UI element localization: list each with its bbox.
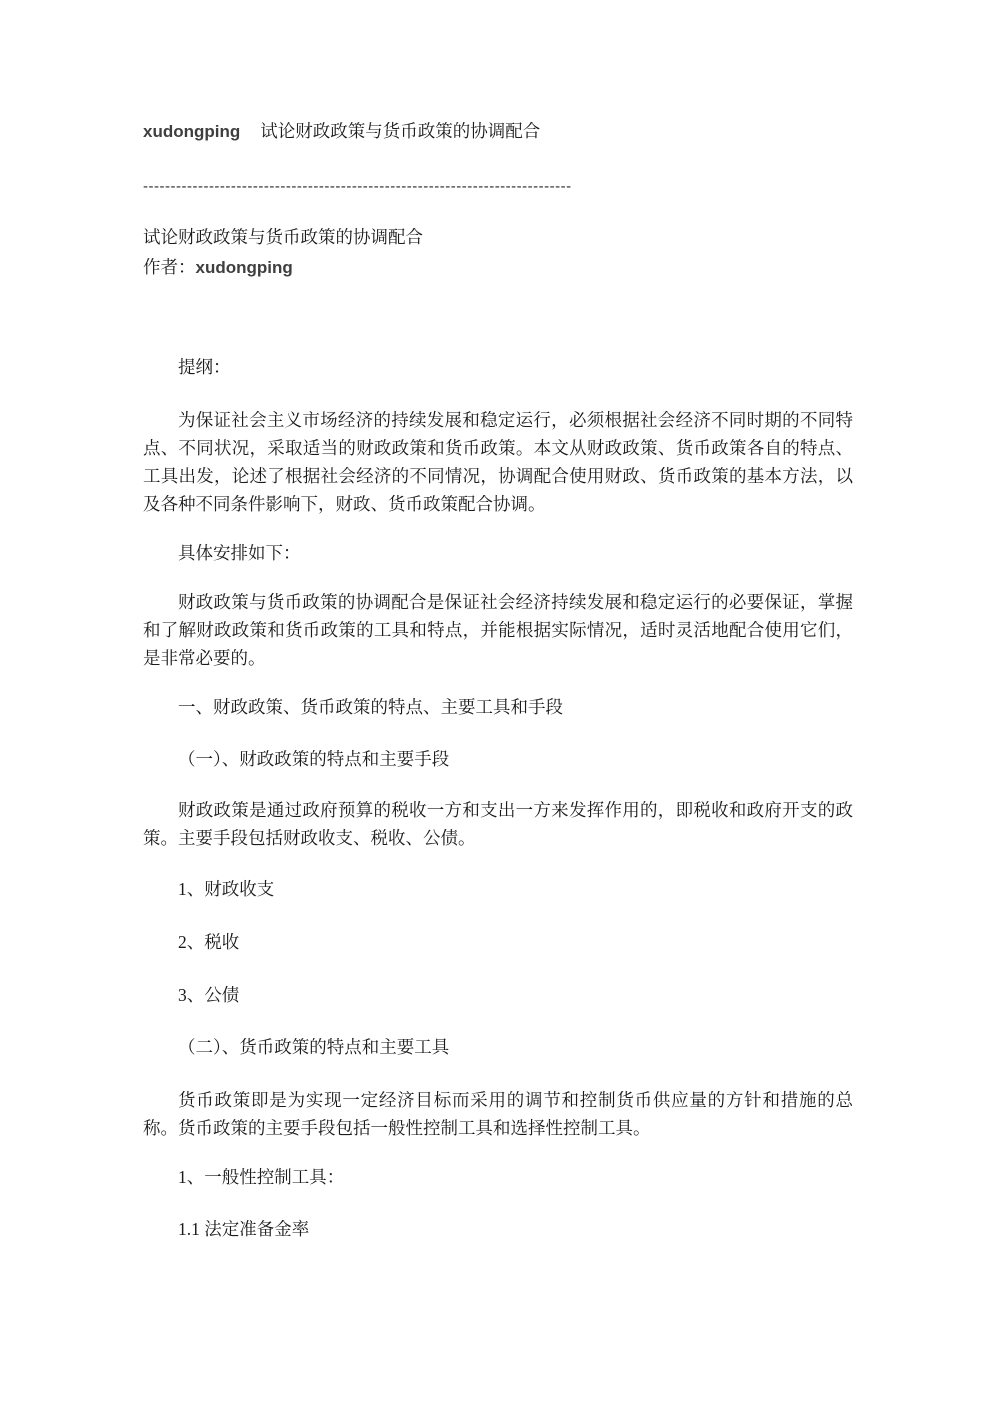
subsection-heading-1-2: （二）、货币政策的特点和主要工具 bbox=[143, 1036, 853, 1058]
arrangement-intro: 具体安排如下： bbox=[143, 542, 853, 564]
header-document-title: 试论财政政策与货币政策的协调配合 bbox=[260, 121, 540, 141]
intro-paragraph: 财政政策与货币政策的协调配合是保证社会经济持续发展和稳定运行的必要保证，掌握和了… bbox=[143, 588, 853, 672]
list-item-public-debt: 3、公债 bbox=[143, 984, 853, 1006]
author-name: xudongping bbox=[196, 258, 293, 277]
list-item-general-control-tools: 1、一般性控制工具： bbox=[143, 1166, 853, 1188]
header-author-name: xudongping bbox=[143, 122, 240, 141]
document-page: xudongping试论财政政策与货币政策的协调配合 -------------… bbox=[0, 0, 993, 1404]
list-item-fiscal-revenue: 1、财政收支 bbox=[143, 878, 853, 900]
list-item-taxation: 2、税收 bbox=[143, 931, 853, 953]
monetary-policy-paragraph: 货币政策即是为实现一定经济目标而采用的调节和控制货币供应量的方针和措施的总称。货… bbox=[143, 1086, 853, 1142]
list-item-legal-reserve-ratio: 1.1 法定准备金率 bbox=[143, 1218, 853, 1240]
header-line: xudongping试论财政政策与货币政策的协调配合 bbox=[143, 120, 853, 143]
outline-paragraph: 为保证社会主义市场经济的持续发展和稳定运行，必须根据社会经济不同时期的不同特点、… bbox=[143, 406, 853, 518]
article-title: 试论财政政策与货币政策的协调配合 bbox=[143, 226, 853, 248]
section-heading-1: 一、财政政策、货币政策的特点、主要工具和手段 bbox=[143, 696, 853, 718]
horizontal-dashed-separator: ----------------------------------------… bbox=[143, 176, 613, 198]
subsection-heading-1-1: （一）、财政政策的特点和主要手段 bbox=[143, 748, 853, 770]
outline-heading: 提纲： bbox=[143, 356, 853, 378]
author-line: 作者：xudongping bbox=[143, 256, 853, 279]
author-label: 作者： bbox=[143, 257, 196, 277]
fiscal-policy-paragraph: 财政政策是通过政府预算的税收一方和支出一方来发挥作用的，即税收和政府开支的政策。… bbox=[143, 796, 853, 852]
